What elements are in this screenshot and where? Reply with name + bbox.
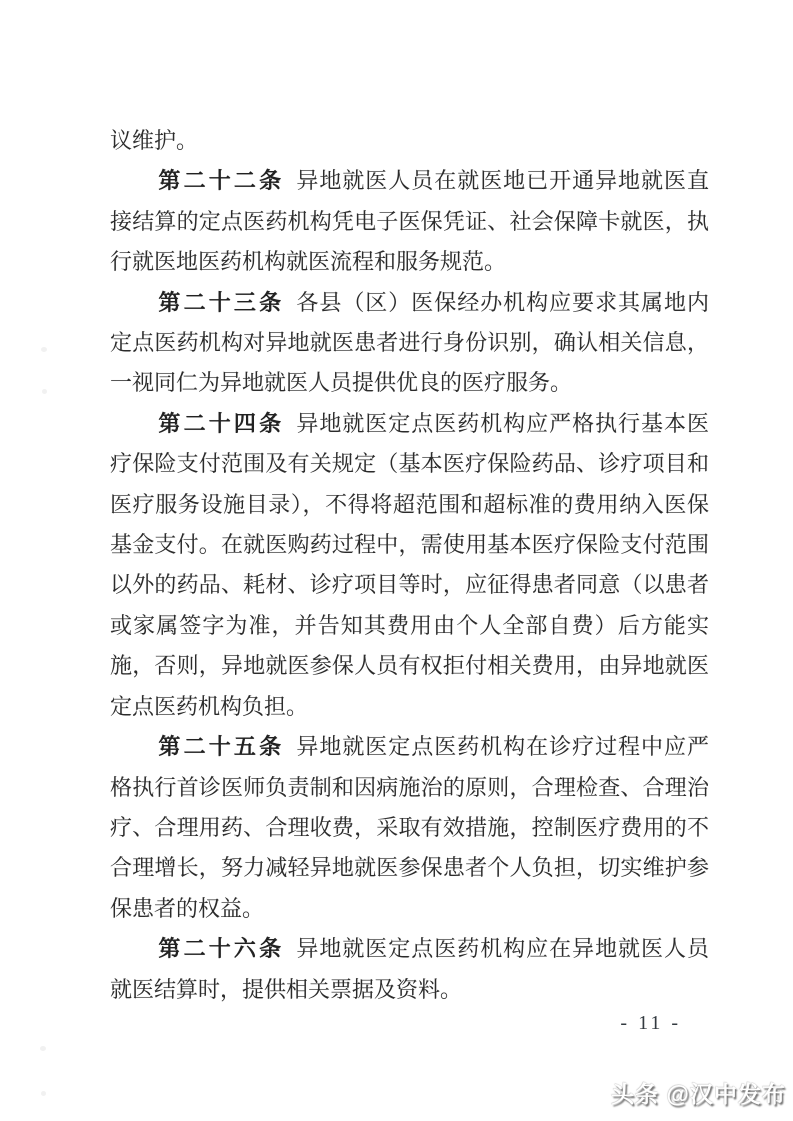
page-number: - 11 - (0, 1012, 793, 1035)
scan-speck (40, 1046, 46, 1051)
scan-speck (41, 347, 47, 352)
paragraph: 议维护。 (110, 121, 709, 161)
paragraph-text: 异地就医定点医药机构在诊疗过程中应严格执行首诊医师负责制和因病施治的原则，合理检… (110, 734, 709, 921)
toutiao-watermark: 头条 @汉中发布 (611, 1076, 786, 1109)
article-number: 第二十三条 (158, 290, 284, 315)
article-number: 第二十二条 (158, 168, 284, 193)
article-number: 第二十六条 (158, 936, 284, 961)
paragraph-text: 异地就医定点医药机构应严格执行基本医疗保险支付范围及有关规定（基本医疗保险药品、… (110, 411, 709, 719)
paragraph: 第二十四条异地就医定点医药机构应严格执行基本医疗保险支付范围及有关规定（基本医疗… (110, 404, 709, 727)
article-number: 第二十五条 (158, 734, 284, 759)
paragraph-text: 议维护。 (110, 128, 198, 153)
paragraph: 第二十五条异地就医定点医药机构在诊疗过程中应严格执行首诊医师负责制和因病施治的原… (110, 727, 709, 929)
scan-speck (42, 389, 47, 394)
scan-speck (41, 1091, 46, 1096)
article-number: 第二十四条 (158, 411, 284, 436)
document-page: 议维护。 第二十二条异地就医人员在就医地已开通异地就医直接结算的定点医药机构凭电… (0, 0, 793, 1121)
paragraph: 第二十二条异地就医人员在就医地已开通异地就医直接结算的定点医药机构凭电子医保凭证… (110, 161, 709, 282)
paragraph: 第二十三条各县（区）医保经办机构应要求其属地内定点医药机构对异地就医患者进行身份… (110, 283, 709, 404)
document-body: 议维护。 第二十二条异地就医人员在就医地已开通异地就医直接结算的定点医药机构凭电… (110, 121, 709, 1010)
paragraph: 第二十六条异地就医定点医药机构应在异地就医人员就医结算时，提供相关票据及资料。 (110, 929, 709, 1010)
